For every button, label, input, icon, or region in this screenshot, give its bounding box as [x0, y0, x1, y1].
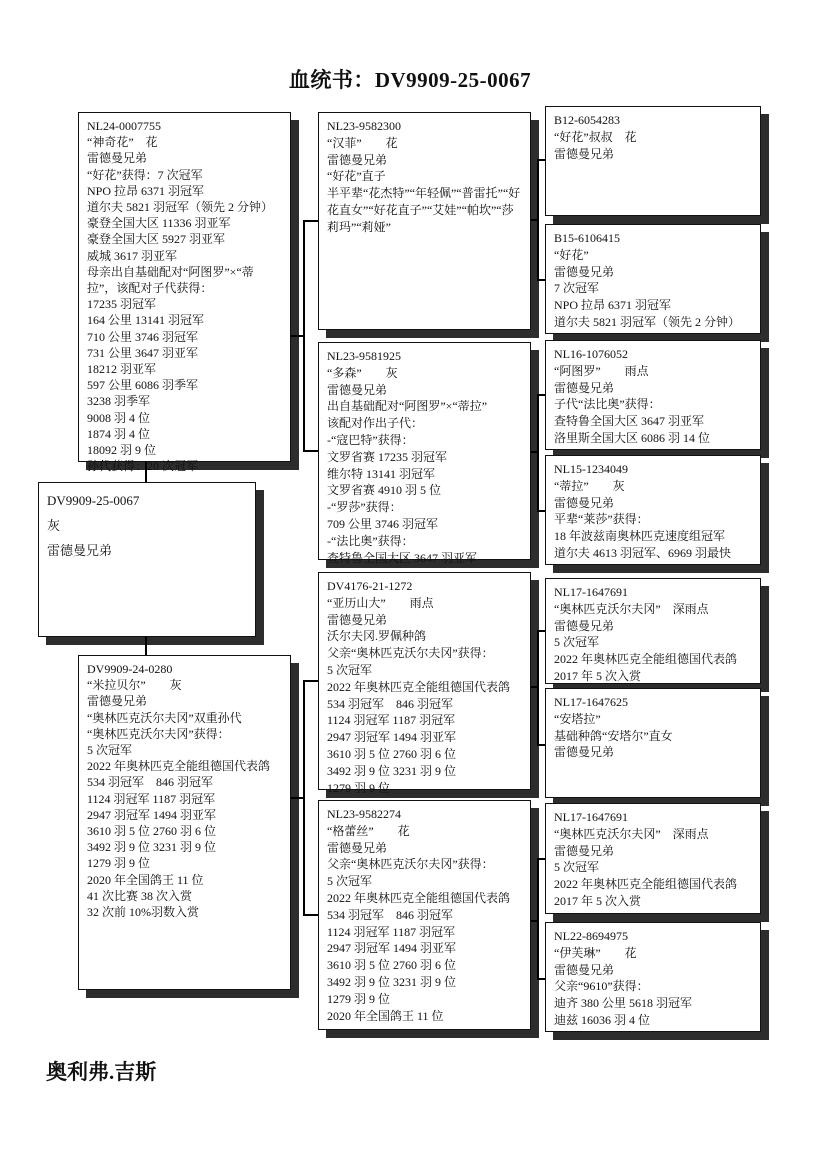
- text-line: 2022 年奥林匹克全能组德国代表鸽: [327, 890, 522, 907]
- grandparent-box-3: DV4176-21-1272 “亚历山大” 雨点雷德曼兄弟沃尔夫冈.罗佩种鸽父亲…: [318, 572, 531, 790]
- text-line: 2020 年全国鸽王 11 位: [87, 872, 282, 888]
- text-line: 5 次冠军: [87, 742, 282, 758]
- text-line: 17235 羽冠军: [87, 296, 282, 312]
- box-lines: “阿图罗” 雨点雷德曼兄弟子代“法比奥”获得：查特鲁全国大区 3647 羽亚军洛…: [554, 363, 752, 447]
- great-grandparent-box-7: NL17-1647691 “奥林匹克沃尔夫冈” 深雨点雷德曼兄弟5 次冠军202…: [545, 803, 761, 914]
- text-line: 3610 羽 5 位 2760 羽 6 位: [327, 957, 522, 974]
- text-line: 5 次冠军: [554, 634, 752, 651]
- connector-gp4-spine: [537, 858, 539, 980]
- text-line: 半平辈“花杰特”“年轻佩”“普雷托”“好花直女”“好花直子”“艾娃”“帕坎”“莎…: [327, 185, 522, 235]
- grandparent-box-4: NL23-9582274 “格蕾丝” 花雷德曼兄弟父亲“奥林匹克沃尔夫冈”获得：…: [318, 800, 531, 1030]
- text-line: 2947 羽冠军 1494 羽亚军: [87, 807, 282, 823]
- connector-gp1-spine: [537, 159, 539, 281]
- ring-number: B15-6106415: [554, 230, 752, 247]
- connector-to-ggp-8: [537, 978, 545, 980]
- box-lines: “多森” 灰雷德曼兄弟出自基础配对“阿图罗”×“蒂拉”该配对作出子代：-“寇巴特…: [327, 365, 522, 567]
- text-line: 父亲“奥林匹克沃尔夫冈”获得：: [327, 645, 522, 662]
- grandparent-box-1: NL23-9582300 “汉菲” 花雷德曼兄弟“好花”直子半平辈“花杰特”“年…: [318, 112, 531, 330]
- text-line: “奥林匹克沃尔夫冈”获得：: [87, 726, 282, 742]
- text-line: “好花”: [554, 247, 752, 264]
- ring-number: NL17-1647691: [554, 584, 752, 601]
- text-line: 534 羽冠军 846 羽冠军: [87, 774, 282, 790]
- text-line: 2020 年全国鸽王 11 位: [327, 1008, 522, 1025]
- text-line: -“寇巴特”获得：: [327, 432, 522, 449]
- text-line: “格蕾丝” 花: [327, 823, 522, 840]
- grandparent-box-2: NL23-9581925 “多森” 灰雷德曼兄弟出自基础配对“阿图罗”×“蒂拉”…: [318, 342, 531, 560]
- text-line: 2022 年奥林匹克全能组德国代表鸽: [87, 758, 282, 774]
- text-line: 雷德曼兄弟: [87, 693, 282, 709]
- text-line: 子代“法比奥”获得：: [554, 396, 752, 413]
- ring-number: NL22-8694975: [554, 928, 752, 945]
- box-lines: “格蕾丝” 花雷德曼兄弟父亲“奥林匹克沃尔夫冈”获得：5 次冠军2022 年奥林…: [327, 823, 522, 1025]
- text-line: 2947 羽冠军 1494 羽亚军: [327, 729, 522, 746]
- text-line: 雷德曼兄弟: [554, 380, 752, 397]
- text-line: 18092 羽 9 位: [87, 442, 282, 458]
- great-grandparent-box-5: NL17-1647691 “奥林匹克沃尔夫冈” 深雨点雷德曼兄弟5 次冠军202…: [545, 578, 761, 684]
- text-line: 534 羽冠军 846 羽冠军: [327, 696, 522, 713]
- text-line: 雷德曼兄弟: [554, 146, 752, 163]
- text-line: NPO 拉昂 6371 羽冠军: [554, 297, 752, 314]
- text-line: 731 公里 3647 羽亚军: [87, 345, 282, 361]
- text-line: 18212 羽亚军: [87, 361, 282, 377]
- text-line: 母亲出自基础配对“阿图罗”×“蒂拉”，该配对子代获得：: [87, 264, 282, 296]
- ring-number: NL16-1076052: [554, 346, 752, 363]
- text-line: 父亲“奥林匹克沃尔夫冈”获得：: [327, 856, 522, 873]
- text-line: 道尔夫 4613 羽冠军、6969 羽最快: [554, 545, 752, 562]
- text-line: 164 公里 13141 羽冠军: [87, 312, 282, 328]
- text-line: “好花”直子: [327, 168, 522, 185]
- text-line: 710 公里 3746 羽冠军: [87, 329, 282, 345]
- text-line: 雷德曼兄弟: [47, 538, 247, 563]
- text-line: 豪登全国大区 11336 羽亚军: [87, 215, 282, 231]
- text-line: 41 次比赛 38 次入赏: [87, 888, 282, 904]
- text-line: 1279 羽 9 位: [327, 991, 522, 1008]
- connector-to-grandparent-4: [303, 914, 318, 916]
- great-grandparent-box-1: B12-6054283 “好花”叔叔 花雷德曼兄弟: [545, 106, 761, 216]
- text-line: “阿图罗” 雨点: [554, 363, 752, 380]
- text-line: “亚历山大” 雨点: [327, 595, 522, 612]
- text-line: 3492 羽 9 位 3231 羽 9 位: [87, 839, 282, 855]
- text-line: 该配对作出子代：: [327, 415, 522, 432]
- connector-to-ggp-7: [537, 858, 545, 860]
- connector-mother-spine: [303, 680, 305, 916]
- connector-father-spine: [303, 220, 305, 452]
- text-line: 沃尔夫冈.罗佩种鸽: [327, 628, 522, 645]
- text-line: 文罗省赛 4910 羽 5 位: [327, 482, 522, 499]
- great-grandparent-box-2: B15-6106415 “好花”雷德曼兄弟7 次冠军NPO 拉昂 6371 羽冠…: [545, 224, 761, 334]
- text-line: 2017 年 5 次入赏: [554, 668, 752, 685]
- text-line: 雷德曼兄弟: [554, 843, 752, 860]
- text-line: 3238 羽季军: [87, 393, 282, 409]
- text-line: 威城 3617 羽亚军: [87, 248, 282, 264]
- box-lines: “神奇花” 花雷德曼兄弟“好花”获得：7 次冠军NPO 拉昂 6371 羽冠军道…: [87, 134, 282, 474]
- text-line: 3610 羽 5 位 2760 羽 6 位: [87, 823, 282, 839]
- text-line: “汉菲” 花: [327, 135, 522, 152]
- text-line: 雷德曼兄弟: [327, 840, 522, 857]
- ring-number: NL17-1647691: [554, 809, 752, 826]
- connector-to-ggp-4: [537, 510, 545, 512]
- text-line: 2947 羽冠军 1494 羽亚军: [327, 940, 522, 957]
- connector-to-grandparent-2: [303, 450, 318, 452]
- text-line: 5 次冠军: [327, 662, 522, 679]
- breeder-name: 奥利弗.吉斯: [46, 1056, 156, 1086]
- page-title: 血统书：DV9909-25-0067: [0, 64, 820, 94]
- text-line: 5 次冠军: [327, 873, 522, 890]
- text-line: 3492 羽 9 位 3231 羽 9 位: [327, 974, 522, 991]
- text-line: 18 年波兹南奥林匹克速度组冠军: [554, 528, 752, 545]
- ring-number: NL23-9582274: [327, 806, 522, 823]
- box-lines: “好花”雷德曼兄弟7 次冠军NPO 拉昂 6371 羽冠军道尔夫 5821 羽冠…: [554, 247, 752, 331]
- text-line: “奥林匹克沃尔夫冈” 深雨点: [554, 826, 752, 843]
- text-line: 2022 年奥林匹克全能组德国代表鸽: [554, 651, 752, 668]
- subject-box: DV9909-25-0067 灰雷德曼兄弟: [38, 482, 256, 637]
- box-lines: “安塔拉”基础种鸽“安塔尔”直女雷德曼兄弟: [554, 711, 752, 761]
- text-line: 1279 羽 9 位: [327, 780, 522, 797]
- connector-to-ggp-5: [537, 630, 545, 632]
- text-line: 1874 羽 4 位: [87, 426, 282, 442]
- text-line: 32 次前 10%羽数入赏: [87, 904, 282, 920]
- connector-to-ggp-3: [537, 394, 545, 396]
- text-line: 1279 羽 9 位: [87, 855, 282, 871]
- connector-to-ggp-2: [537, 279, 545, 281]
- ring-number: NL24-0007755: [87, 118, 282, 134]
- box-lines: “米拉贝尔” 灰雷德曼兄弟“奥林匹克沃尔夫冈”双重孙代“奥林匹克沃尔夫冈”获得：…: [87, 677, 282, 920]
- great-grandparent-box-3: NL16-1076052 “阿图罗” 雨点雷德曼兄弟子代“法比奥”获得：查特鲁全…: [545, 340, 761, 450]
- text-line: 雷德曼兄弟: [87, 150, 282, 166]
- connector-subject-to-mother: [145, 637, 147, 655]
- ring-number: DV9909-25-0067: [47, 488, 247, 513]
- father-box: NL24-0007755 “神奇花” 花雷德曼兄弟“好花”获得：7 次冠军NPO…: [78, 112, 291, 462]
- text-line: 文罗省赛 17235 羽冠军: [327, 449, 522, 466]
- text-line: 出自基础配对“阿图罗”×“蒂拉”: [327, 398, 522, 415]
- text-line: 2022 年奥林匹克全能组德国代表鸽: [554, 876, 752, 893]
- box-lines: “好花”叔叔 花雷德曼兄弟: [554, 129, 752, 163]
- text-line: 雷德曼兄弟: [554, 495, 752, 512]
- text-line: 雷德曼兄弟: [327, 152, 522, 169]
- text-line: NPO 拉昂 6371 羽冠军: [87, 183, 282, 199]
- ring-number: DV4176-21-1272: [327, 578, 522, 595]
- text-line: 534 羽冠军 846 羽冠军: [327, 907, 522, 924]
- connector-gp3-spine: [537, 630, 539, 746]
- text-line: 2017 年 5 次入赏: [554, 893, 752, 910]
- text-line: 9008 羽 4 位: [87, 410, 282, 426]
- ring-number: B12-6054283: [554, 112, 752, 129]
- text-line: -“法比奥”获得：: [327, 533, 522, 550]
- text-line: 雷德曼兄弟: [554, 962, 752, 979]
- text-line: 豪登全国大区 5927 羽亚军: [87, 231, 282, 247]
- mother-box: DV9909-24-0280 “米拉贝尔” 灰雷德曼兄弟“奥林匹克沃尔夫冈”双重…: [78, 655, 291, 990]
- great-grandparent-box-6: NL17-1647625 “安塔拉”基础种鸽“安塔尔”直女雷德曼兄弟: [545, 688, 761, 798]
- text-line: 709 公里 3746 羽冠军: [327, 516, 522, 533]
- ring-number: NL23-9582300: [327, 118, 522, 135]
- text-line: 雷德曼兄弟: [554, 264, 752, 281]
- text-line: 洛里斯全国大区 6086 羽 14 位: [554, 430, 752, 447]
- text-line: “蒂拉” 灰: [554, 478, 752, 495]
- connector-to-ggp-6: [537, 744, 545, 746]
- text-line: “奥林匹克沃尔夫冈” 深雨点: [554, 601, 752, 618]
- text-line: 1124 羽冠军 1187 羽冠军: [327, 924, 522, 941]
- box-lines: “伊芙琳” 花雷德曼兄弟父亲“9610”获得：迪齐 380 公里 5618 羽冠…: [554, 945, 752, 1029]
- text-line: 基础种鸽“安塔尔”直女: [554, 728, 752, 745]
- ring-number: NL15-1234049: [554, 461, 752, 478]
- text-line: 3610 羽 5 位 2760 羽 6 位: [327, 746, 522, 763]
- great-grandparent-box-8: NL22-8694975 “伊芙琳” 花雷德曼兄弟父亲“9610”获得：迪齐 3…: [545, 922, 761, 1032]
- connector-to-grandparent-1: [303, 220, 318, 222]
- pedigree-certificate-page: 血统书：DV9909-25-0067 NL24-0007755 “神奇花” 花雷…: [0, 0, 820, 1159]
- text-line: 7 次冠军: [554, 280, 752, 297]
- text-line: 雷德曼兄弟: [554, 744, 752, 761]
- text-line: 道尔夫 5821 羽冠军（领先 2 分钟）: [554, 314, 752, 331]
- box-lines: 灰雷德曼兄弟: [47, 513, 247, 563]
- connector-to-ggp-1: [537, 159, 545, 161]
- text-line: 5 次冠军: [554, 859, 752, 876]
- text-line: “米拉贝尔” 灰: [87, 677, 282, 693]
- ring-number: NL17-1647625: [554, 694, 752, 711]
- text-line: 3492 羽 9 位 3231 羽 9 位: [327, 763, 522, 780]
- text-line: 2022 年奥林匹克全能组德国代表鸽: [327, 679, 522, 696]
- text-line: 查特鲁全国大区 3647 羽亚军: [554, 413, 752, 430]
- ring-number: DV9909-24-0280: [87, 661, 282, 677]
- text-line: 597 公里 6086 羽季军: [87, 377, 282, 393]
- text-line: “好花”叔叔 花: [554, 129, 752, 146]
- text-line: “好花”获得：7 次冠军: [87, 167, 282, 183]
- text-line: 雷德曼兄弟: [327, 612, 522, 629]
- text-line: “奥林匹克沃尔夫冈”双重孙代: [87, 710, 282, 726]
- text-line: 1124 羽冠军 1187 羽冠军: [327, 712, 522, 729]
- text-line: 迪兹 16036 羽 4 位: [554, 1012, 752, 1029]
- text-line: “安塔拉”: [554, 711, 752, 728]
- text-line: 维尔特 13141 羽冠军: [327, 466, 522, 483]
- connector-gp2-spine: [537, 394, 539, 512]
- great-grandparent-box-4: NL15-1234049 “蒂拉” 灰雷德曼兄弟平辈“莱莎”获得：18 年波兹南…: [545, 455, 761, 565]
- text-line: 雷德曼兄弟: [554, 618, 752, 635]
- text-line: 雷德曼兄弟: [327, 382, 522, 399]
- text-line: 迪齐 380 公里 5618 羽冠军: [554, 995, 752, 1012]
- box-lines: “奥林匹克沃尔夫冈” 深雨点雷德曼兄弟5 次冠军2022 年奥林匹克全能组德国代…: [554, 601, 752, 685]
- connector-to-grandparent-3: [303, 680, 318, 682]
- text-line: 道尔夫 5821 羽冠军（领先 2 分钟）: [87, 199, 282, 215]
- text-line: 灰: [47, 513, 247, 538]
- box-lines: “亚历山大” 雨点雷德曼兄弟沃尔夫冈.罗佩种鸽父亲“奥林匹克沃尔夫冈”获得：5 …: [327, 595, 522, 797]
- box-lines: “蒂拉” 灰雷德曼兄弟平辈“莱莎”获得：18 年波兹南奥林匹克速度组冠军道尔夫 …: [554, 478, 752, 562]
- ring-number: NL23-9581925: [327, 348, 522, 365]
- text-line: 孙代获得：20 次冠军: [87, 458, 282, 474]
- text-line: 父亲“9610”获得：: [554, 978, 752, 995]
- box-lines: “奥林匹克沃尔夫冈” 深雨点雷德曼兄弟5 次冠军2022 年奥林匹克全能组德国代…: [554, 826, 752, 910]
- text-line: -“罗莎”获得：: [327, 499, 522, 516]
- text-line: 查特鲁全国大区 3647 羽亚军: [327, 550, 522, 567]
- text-line: “伊芙琳” 花: [554, 945, 752, 962]
- text-line: “神奇花” 花: [87, 134, 282, 150]
- text-line: 1124 羽冠军 1187 羽冠军: [87, 791, 282, 807]
- text-line: “多森” 灰: [327, 365, 522, 382]
- box-lines: “汉菲” 花雷德曼兄弟“好花”直子半平辈“花杰特”“年轻佩”“普雷托”“好花直女…: [327, 135, 522, 236]
- text-line: 平辈“莱莎”获得：: [554, 511, 752, 528]
- connector-subject-to-father: [145, 462, 147, 482]
